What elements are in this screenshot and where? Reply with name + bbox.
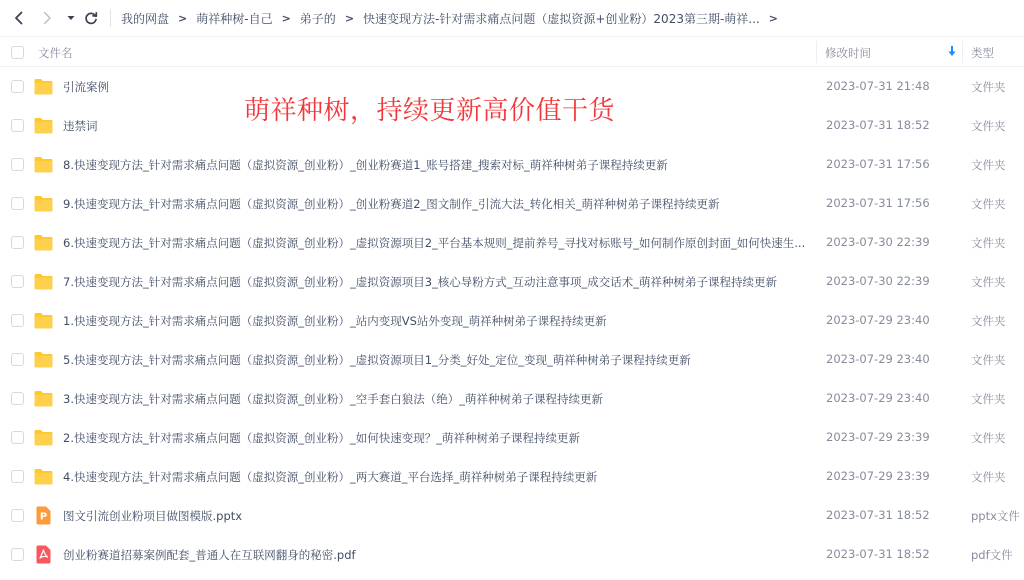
file-name[interactable]: 违禁词 (63, 118, 98, 134)
refresh-icon (84, 11, 98, 25)
file-name[interactable]: 9.快速变现方法_针对需求痛点问题（虚拟资源_创业粉）_创业粉赛道2_图文制作_… (63, 196, 720, 212)
table-header: 文件名 修改时间 类型 (0, 37, 1024, 67)
file-type: 文件夹 (971, 469, 1006, 485)
file-type: 文件夹 (971, 196, 1006, 212)
chevron-right-icon (41, 11, 53, 25)
breadcrumb-separator: > (178, 12, 187, 25)
folder-icon (33, 271, 54, 292)
file-modified-time: 2023-07-31 17:56 (826, 196, 930, 210)
file-modified-time: 2023-07-29 23:39 (826, 430, 930, 444)
folder-icon (33, 193, 54, 214)
watermark-banner: 萌祥种树，持续更新高价值干货 (244, 90, 615, 127)
file-name[interactable]: 引流案例 (63, 79, 109, 95)
file-name[interactable]: 6.快速变现方法_针对需求痛点问题（虚拟资源_创业粉）_虚拟资源项目2_平台基本… (63, 235, 805, 251)
toolbar-divider (110, 9, 111, 27)
file-name[interactable]: 创业粉赛道招募案例配套_普通人在互联网翻身的秘密.pdf (63, 547, 356, 563)
file-modified-time: 2023-07-31 18:52 (826, 118, 930, 132)
file-row[interactable]: 1.快速变现方法_针对需求痛点问题（虚拟资源_创业粉）_站内变现VS站外变现_萌… (0, 301, 1024, 340)
row-checkbox[interactable] (11, 119, 24, 132)
file-type: 文件夹 (971, 157, 1006, 173)
column-divider[interactable] (816, 41, 817, 63)
sort-descending-icon[interactable] (948, 46, 956, 57)
file-name[interactable]: 图文引流创业粉项目做图模版.pptx (63, 508, 242, 524)
file-modified-time: 2023-07-31 17:56 (826, 157, 930, 171)
file-row[interactable]: 2.快速变现方法_针对需求痛点问题（虚拟资源_创业粉）_如何快速变现？_萌祥种树… (0, 418, 1024, 457)
folder-icon (33, 388, 54, 409)
row-checkbox[interactable] (11, 470, 24, 483)
row-checkbox[interactable] (11, 314, 24, 327)
breadcrumb-item[interactable]: 萌祥种树-自己 (196, 10, 272, 27)
folder-icon (33, 76, 54, 97)
file-modified-time: 2023-07-31 18:52 (826, 547, 930, 561)
pdf-file-icon (33, 544, 54, 565)
file-name[interactable]: 2.快速变现方法_针对需求痛点问题（虚拟资源_创业粉）_如何快速变现？_萌祥种树… (63, 430, 580, 446)
breadcrumb-separator[interactable]: > (769, 12, 778, 25)
file-row[interactable]: 5.快速变现方法_针对需求痛点问题（虚拟资源_创业粉）_虚拟资源项目1_分类_好… (0, 340, 1024, 379)
file-row[interactable]: 创业粉赛道招募案例配套_普通人在互联网翻身的秘密.pdf 2023-07-31 … (0, 535, 1024, 574)
history-dropdown-button[interactable] (61, 8, 81, 28)
pptx-file-icon: P (33, 505, 54, 526)
folder-icon (33, 115, 54, 136)
file-type: pptx文件 (971, 508, 1020, 524)
svg-text:P: P (40, 512, 47, 523)
file-type: 文件夹 (971, 235, 1006, 251)
file-row[interactable]: 4.快速变现方法_针对需求痛点问题（虚拟资源_创业粉）_两大赛道_平台选择_萌祥… (0, 457, 1024, 496)
file-type: 文件夹 (971, 79, 1006, 95)
file-row[interactable]: 6.快速变现方法_针对需求痛点问题（虚拟资源_创业粉）_虚拟资源项目2_平台基本… (0, 223, 1024, 262)
row-checkbox[interactable] (11, 509, 24, 522)
folder-icon (33, 427, 54, 448)
folder-icon (33, 466, 54, 487)
toolbar: 我的网盘 > 萌祥种树-自己 > 弟子的 > 快速变现方法-针对需求痛点问题（虚… (0, 0, 1024, 37)
file-type: 文件夹 (971, 313, 1006, 329)
row-checkbox[interactable] (11, 548, 24, 561)
breadcrumb-item-current[interactable]: 快速变现方法-针对需求痛点问题（虚拟资源+创业粉）2023第三期-萌祥... (363, 10, 760, 27)
file-name[interactable]: 7.快速变现方法_针对需求痛点问题（虚拟资源_创业粉）_虚拟资源项目3_核心导粉… (63, 274, 777, 290)
folder-icon (33, 310, 54, 331)
forward-button[interactable] (37, 8, 57, 28)
file-name[interactable]: 5.快速变现方法_针对需求痛点问题（虚拟资源_创业粉）_虚拟资源项目1_分类_好… (63, 352, 691, 368)
file-type: 文件夹 (971, 118, 1006, 134)
column-header-type[interactable]: 类型 (971, 45, 994, 61)
file-name[interactable]: 1.快速变现方法_针对需求痛点问题（虚拟资源_创业粉）_站内变现VS站外变现_萌… (63, 313, 607, 329)
file-row[interactable]: 3.快速变现方法_针对需求痛点问题（虚拟资源_创业粉）_空手套白狼法（绝）_萌祥… (0, 379, 1024, 418)
file-modified-time: 2023-07-29 23:39 (826, 469, 930, 483)
file-modified-time: 2023-07-29 23:40 (826, 391, 930, 405)
folder-icon (33, 154, 54, 175)
file-name[interactable]: 4.快速变现方法_针对需求痛点问题（虚拟资源_创业粉）_两大赛道_平台选择_萌祥… (63, 469, 597, 485)
file-row[interactable]: 7.快速变现方法_针对需求痛点问题（虚拟资源_创业粉）_虚拟资源项目3_核心导粉… (0, 262, 1024, 301)
row-checkbox[interactable] (11, 80, 24, 93)
row-checkbox[interactable] (11, 197, 24, 210)
column-divider[interactable] (962, 41, 963, 63)
folder-icon (33, 349, 54, 370)
file-name[interactable]: 3.快速变现方法_针对需求痛点问题（虚拟资源_创业粉）_空手套白狼法（绝）_萌祥… (63, 391, 603, 407)
breadcrumb-separator: > (345, 12, 354, 25)
chevron-left-icon (13, 11, 25, 25)
breadcrumb: 我的网盘 > 萌祥种树-自己 > 弟子的 > 快速变现方法-针对需求痛点问题（虚… (121, 0, 787, 37)
file-type: 文件夹 (971, 352, 1006, 368)
caret-down-icon (67, 15, 75, 21)
file-modified-time: 2023-07-29 23:40 (826, 352, 930, 366)
file-type: 文件夹 (971, 430, 1006, 446)
breadcrumb-item-root[interactable]: 我的网盘 (121, 10, 169, 27)
file-modified-time: 2023-07-31 21:48 (826, 79, 930, 93)
file-name[interactable]: 8.快速变现方法_针对需求痛点问题（虚拟资源_创业粉）_创业粉赛道1_账号搭建_… (63, 157, 668, 173)
row-checkbox[interactable] (11, 275, 24, 288)
breadcrumb-separator: > (282, 12, 291, 25)
file-type: 文件夹 (971, 391, 1006, 407)
file-type: 文件夹 (971, 274, 1006, 290)
select-all-checkbox[interactable] (11, 46, 24, 59)
file-modified-time: 2023-07-31 18:52 (826, 508, 930, 522)
column-header-modified[interactable]: 修改时间 (825, 45, 871, 61)
row-checkbox[interactable] (11, 236, 24, 249)
row-checkbox[interactable] (11, 431, 24, 444)
file-modified-time: 2023-07-29 23:40 (826, 313, 930, 327)
back-button[interactable] (9, 8, 29, 28)
row-checkbox[interactable] (11, 158, 24, 171)
file-row[interactable]: P 图文引流创业粉项目做图模版.pptx 2023-07-31 18:52 pp… (0, 496, 1024, 535)
file-row[interactable]: 8.快速变现方法_针对需求痛点问题（虚拟资源_创业粉）_创业粉赛道1_账号搭建_… (0, 145, 1024, 184)
file-list: 引流案例 2023-07-31 21:48 文件夹 违禁词 2023-07-31… (0, 67, 1024, 574)
file-modified-time: 2023-07-30 22:39 (826, 274, 930, 288)
file-type: pdf文件 (971, 547, 1013, 563)
folder-icon (33, 232, 54, 253)
column-header-name[interactable]: 文件名 (38, 45, 73, 61)
file-modified-time: 2023-07-30 22:39 (826, 235, 930, 249)
row-checkbox[interactable] (11, 353, 24, 366)
breadcrumb-item[interactable]: 弟子的 (300, 10, 336, 27)
row-checkbox[interactable] (11, 392, 24, 405)
file-row[interactable]: 9.快速变现方法_针对需求痛点问题（虚拟资源_创业粉）_创业粉赛道2_图文制作_… (0, 184, 1024, 223)
refresh-button[interactable] (81, 8, 101, 28)
